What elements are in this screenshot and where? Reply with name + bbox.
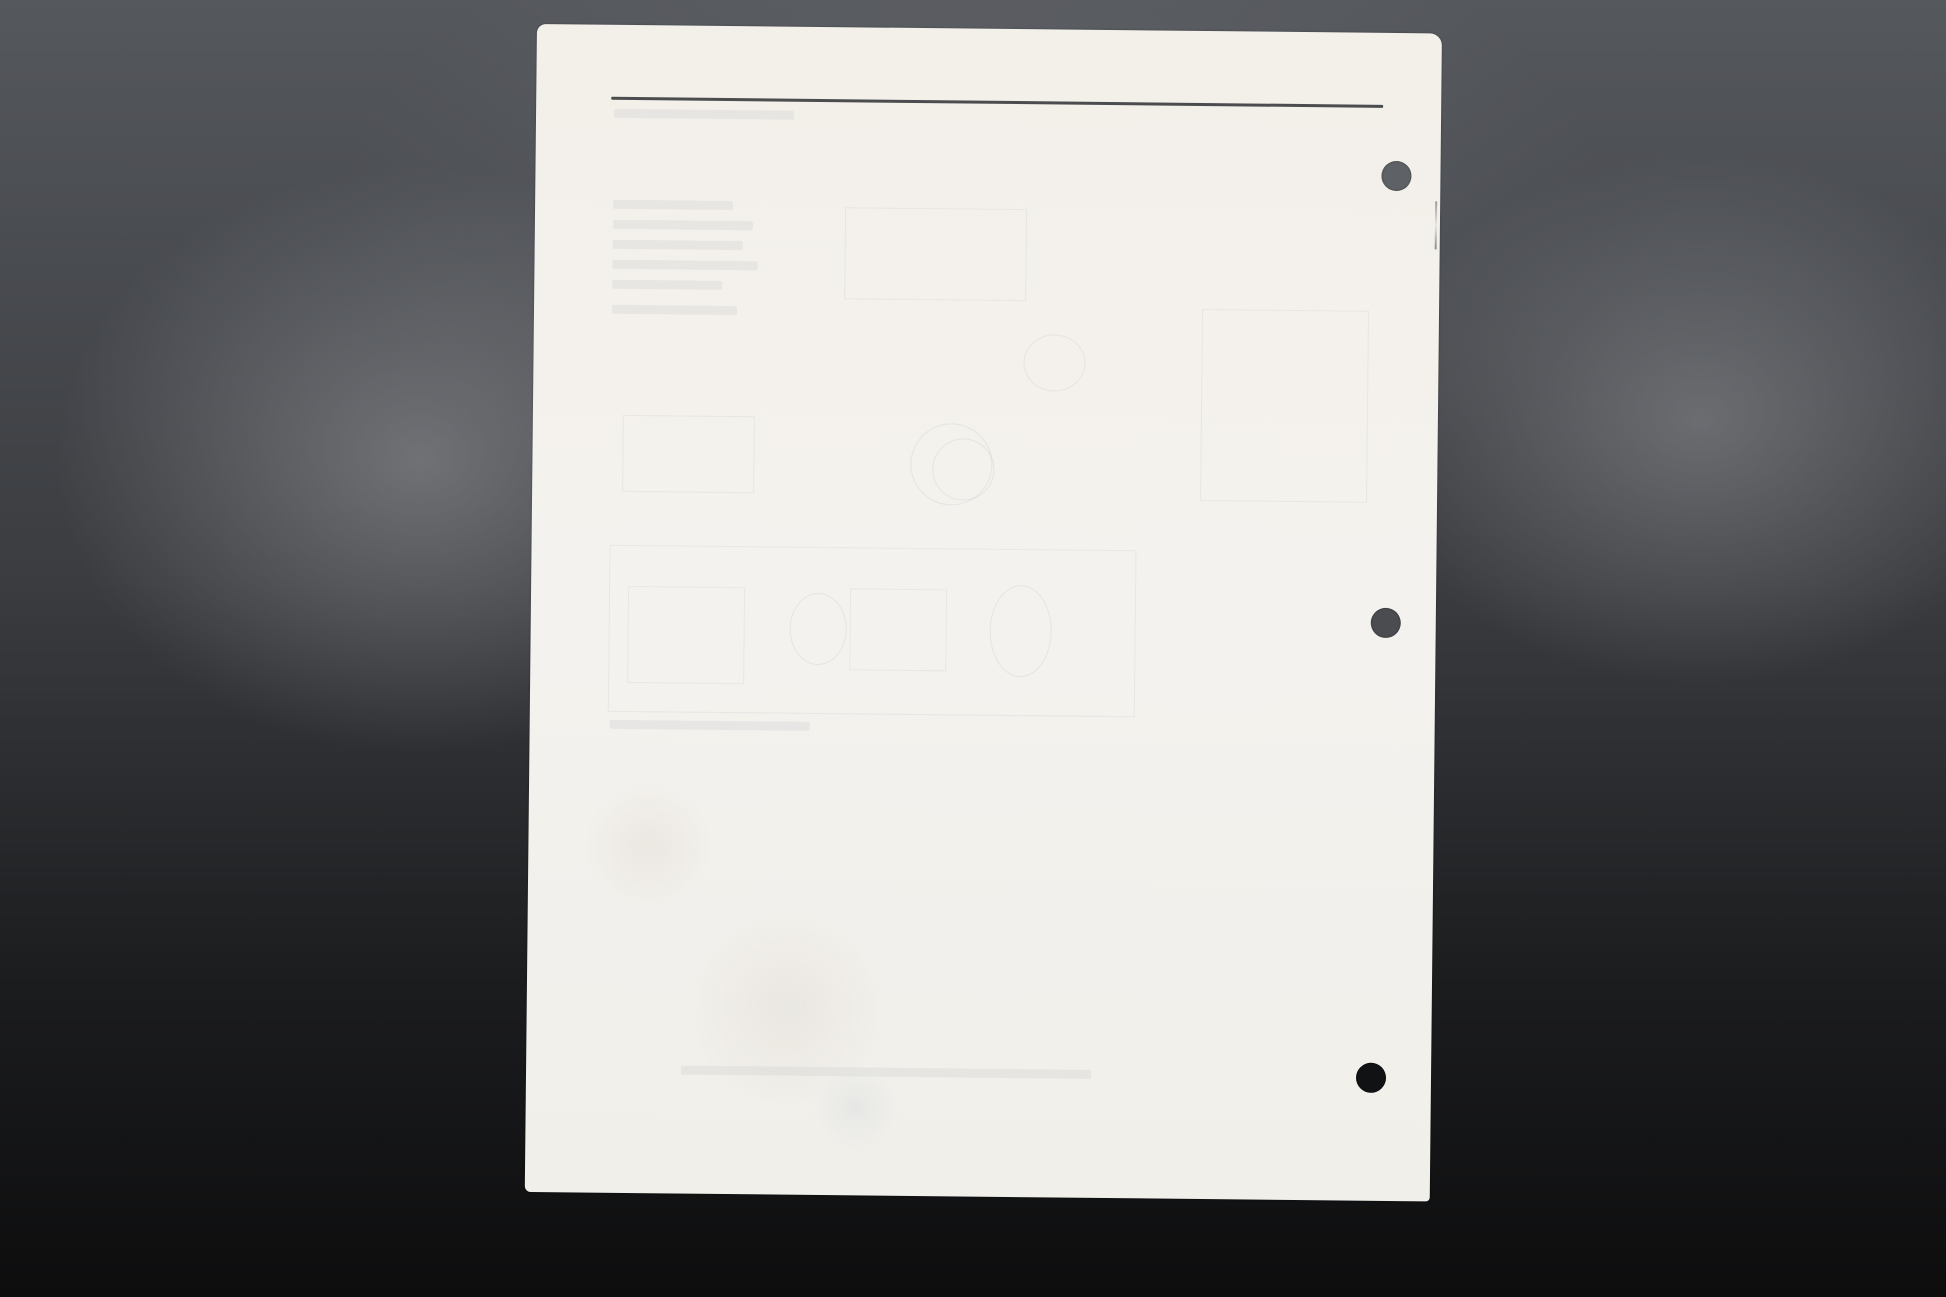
show-through-header-text xyxy=(614,109,794,120)
booklet-page xyxy=(525,24,1442,1201)
punch-hole-top xyxy=(1381,161,1411,191)
punch-hole-bottom xyxy=(1356,1063,1386,1093)
show-through-diagram-top xyxy=(844,207,1027,301)
show-through-figure-caption xyxy=(610,720,810,731)
show-through-figure-panel xyxy=(608,545,1137,718)
header-rule xyxy=(611,97,1383,108)
staple-edge xyxy=(1435,201,1438,249)
show-through-diagram-left xyxy=(622,415,755,493)
show-through-table xyxy=(537,24,1442,33)
show-through-footer xyxy=(681,1066,1091,1079)
show-through-diagram-right xyxy=(1200,309,1369,503)
punch-hole-middle xyxy=(1371,608,1401,638)
show-through-gear xyxy=(1023,334,1086,392)
